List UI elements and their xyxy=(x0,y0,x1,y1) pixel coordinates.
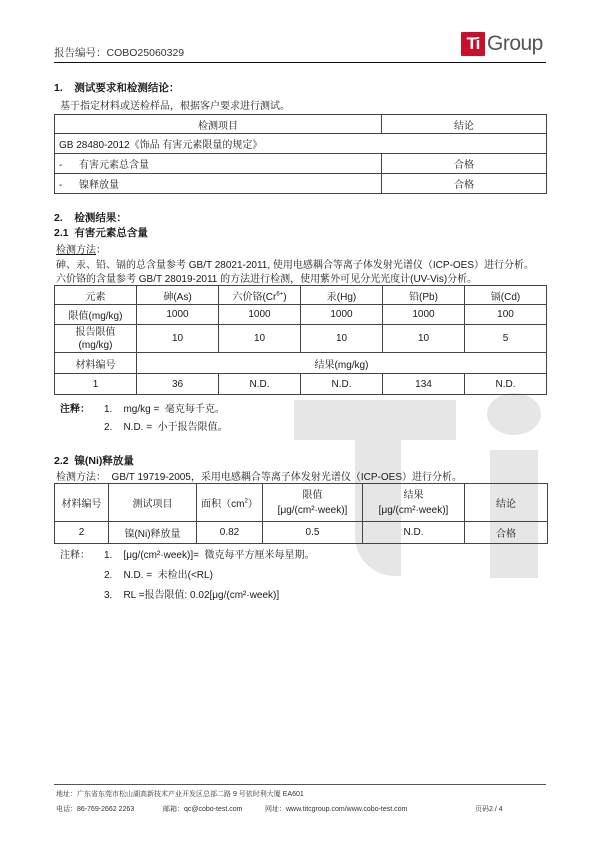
footer-website: 网址：www.titcgroup.com/www.cobo-test.com xyxy=(265,804,407,814)
header-item: 测试项目 xyxy=(109,484,197,522)
rl-value: 10 xyxy=(383,325,465,353)
cell-conclusion: 合格 xyxy=(465,522,548,544)
footer-page-number: 页码2 / 4 xyxy=(475,804,503,814)
method-label: 检测方法 xyxy=(56,245,96,256)
result-line1: 结果 xyxy=(404,490,424,501)
footer-address: 地址：广东省东莞市松山湖高新技术产业开发区总部二路 9 号依时利大厦 EA601 xyxy=(56,789,304,799)
reporting-limit-row: 报告限值(mg/kg) 10 10 10 10 5 xyxy=(55,325,547,353)
result-header: 结果(mg/kg) xyxy=(137,353,547,374)
footer-email: 邮箱：qc@cobo-test.com xyxy=(163,804,242,814)
element-label: 元素 xyxy=(55,286,137,305)
header-limit: 限值[μg/(cm²·week)] xyxy=(263,484,363,522)
report-page: 报告编号：COBO25060329 Ti Group 1. 测试要求和检测结论：… xyxy=(0,0,600,849)
cr-label: 六价铬(Cr xyxy=(232,292,276,303)
element-pb: 铅(Pb) xyxy=(383,286,465,305)
limit-line1: 限值 xyxy=(303,490,323,501)
cell-area: 0.82 xyxy=(197,522,263,544)
method-colon: ： xyxy=(96,245,106,256)
cell-limit: 0.5 xyxy=(263,522,363,544)
result-value: 36 xyxy=(137,374,219,395)
header-area: 面积（cm2） xyxy=(197,484,263,522)
element-table: 元素 砷(As) 六价铬(Cr6+) 汞(Hg) 铅(Pb) 镉(Cd) 限值(… xyxy=(54,285,547,395)
footer-divider xyxy=(54,784,546,785)
element-row: 元素 砷(As) 六价铬(Cr6+) 汞(Hg) 铅(Pb) 镉(Cd) xyxy=(55,286,547,305)
header-conclusion: 结论 xyxy=(465,484,548,522)
section2-title: 2. 检测结果： xyxy=(54,210,127,225)
row-dash: - xyxy=(59,180,79,191)
section1-intro: 基于指定材料或送检样品，根据客户要求进行测试。 xyxy=(60,97,290,112)
header-divider xyxy=(54,62,546,63)
element-hg: 汞(Hg) xyxy=(301,286,383,305)
result-value: N.D. xyxy=(301,374,383,395)
table-row: -镍释放量 合格 xyxy=(55,174,547,194)
limit-value: 1000 xyxy=(137,305,219,325)
result-value: N.D. xyxy=(465,374,547,395)
rl-value: 10 xyxy=(219,325,301,353)
result-row: 1 36 N.D. N.D. 134 N.D. xyxy=(55,374,547,395)
nickel-header-row: 材料编号 测试项目 面积（cm2） 限值[μg/(cm²·week)] 结果[μ… xyxy=(55,484,548,522)
material-id: 1 xyxy=(55,374,137,395)
header-material: 材料编号 xyxy=(55,484,109,522)
report-number: 报告编号：COBO25060329 xyxy=(54,45,184,60)
rl-label-line1: 报告限值 xyxy=(76,327,116,338)
footer-phone: 电话：86-769-2662 2263 xyxy=(56,804,134,814)
row-item: 镍释放量 xyxy=(79,180,119,191)
limit-value: 100 xyxy=(465,305,547,325)
method-line-2: 六价铬的含量参考 GB/T 28019-2011 的方法进行检测，使用紫外可见分… xyxy=(56,270,477,285)
limit-value: 1000 xyxy=(383,305,465,325)
logo-text: Group xyxy=(487,32,543,56)
material-row: 材料编号 结果(mg/kg) xyxy=(55,353,547,374)
area-label: 面积（cm xyxy=(201,499,244,510)
notes2-item-2: 2. N.D. = 未检出(<RL) xyxy=(104,566,213,581)
result-line2: [μg/(cm²·week)] xyxy=(379,505,449,516)
method-line-1: 砷、汞、铅、镉的总含量参考 GB/T 28021-2011, 使用电感耦合等离子… xyxy=(56,256,534,271)
section2-1-title: 2.1 有害元素总含量 xyxy=(54,225,148,240)
company-logo: Ti Group xyxy=(461,32,543,56)
notes1-label: 注释： xyxy=(60,400,90,415)
result-value: 134 xyxy=(383,374,465,395)
standard-row: GB 28480-2012《饰品 有害元素限量的规定》 xyxy=(55,134,547,154)
nickel-data-row: 2 镍(Ni)释放量 0.82 0.5 N.D. 合格 xyxy=(55,522,548,544)
cr-close: ) xyxy=(283,292,286,303)
limit-value: 1000 xyxy=(219,305,301,325)
rl-label-line2: (mg/kg) xyxy=(79,340,113,351)
row-result: 合格 xyxy=(382,174,547,194)
limit-row: 限值(mg/kg) 1000 1000 1000 1000 100 xyxy=(55,305,547,325)
row-result: 合格 xyxy=(382,154,547,174)
area-close: ） xyxy=(248,499,258,510)
notes2-item-3: 3. RL =报告限值: 0.02[μg/(cm²·week)] xyxy=(104,586,279,601)
rl-value: 10 xyxy=(137,325,219,353)
header-result: 结果[μg/(cm²·week)] xyxy=(363,484,465,522)
table-row: -有害元素总含量 合格 xyxy=(55,154,547,174)
cell-material: 2 xyxy=(55,522,109,544)
limit-line2: [μg/(cm²·week)] xyxy=(278,505,348,516)
rl-value: 10 xyxy=(301,325,383,353)
logo-mark: Ti xyxy=(461,32,485,56)
limit-value: 1000 xyxy=(301,305,383,325)
conclusion-table: 检测项目 结论 GB 28480-2012《饰品 有害元素限量的规定》 -有害元… xyxy=(54,114,547,194)
material-label: 材料编号 xyxy=(55,353,137,374)
notes1-item-2: 2. N.D. = 小于报告限值。 xyxy=(104,418,228,433)
section1-title: 1. 测试要求和检测结论： xyxy=(54,80,179,95)
rl-value: 5 xyxy=(465,325,547,353)
cell-item: 镍(Ni)释放量 xyxy=(109,522,197,544)
element-cd: 镉(Cd) xyxy=(465,286,547,305)
method-label-row: 检测方法： xyxy=(56,241,106,256)
row-item: 有害元素总含量 xyxy=(79,160,149,171)
col-header-item: 检测项目 xyxy=(55,115,382,134)
element-as: 砷(As) xyxy=(137,286,219,305)
result-value: N.D. xyxy=(219,374,301,395)
row-dash: - xyxy=(59,160,79,171)
rl-label: 报告限值(mg/kg) xyxy=(55,325,137,353)
col-header-conclusion: 结论 xyxy=(382,115,547,134)
notes1-item-1: 1. mg/kg = 毫克每千克。 xyxy=(104,400,225,415)
notes2-item-1: 1. [μg/(cm²·week)]= 微克每平方厘米每星期。 xyxy=(104,546,315,561)
limit-label: 限值(mg/kg) xyxy=(55,305,137,325)
nickel-method: 检测方法： GB/T 19719-2005，采用电感耦合等离子体发射光谱仪（IC… xyxy=(56,468,462,483)
section2-2-title: 2.2 镍(Ni)释放量 xyxy=(54,453,134,468)
nickel-table: 材料编号 测试项目 面积（cm2） 限值[μg/(cm²·week)] 结果[μ… xyxy=(54,483,548,544)
notes2-label: 注释： xyxy=(60,546,90,561)
cell-result: N.D. xyxy=(363,522,465,544)
element-cr6: 六价铬(Cr6+) xyxy=(219,286,301,305)
